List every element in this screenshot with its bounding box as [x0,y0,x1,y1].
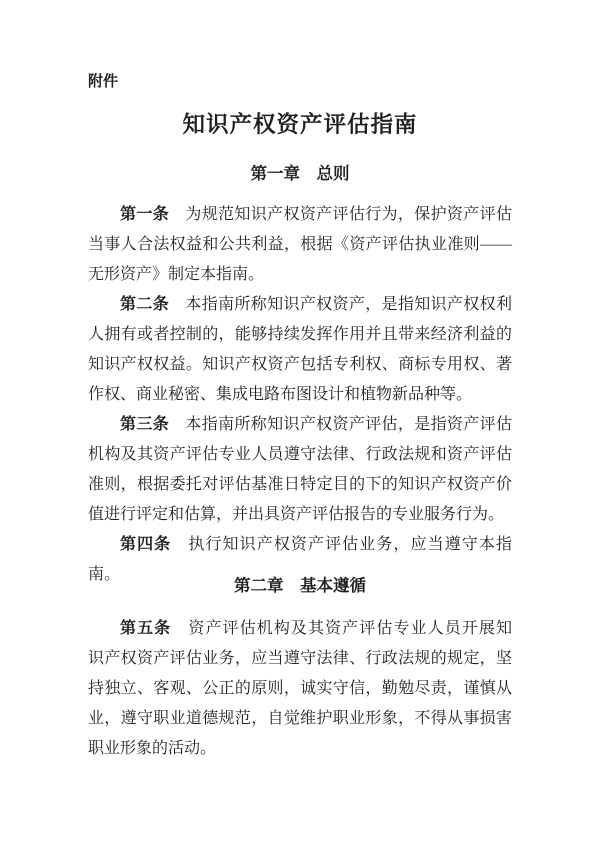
document-line: 职业形象的活动。 [88,734,512,764]
document-line: 当事人合法权益和公共利益，根据《资产评估执业准则—— [88,230,512,260]
document-line: 准则，根据委托对评估基准日特定目的下的知识产权资产价 [88,470,512,500]
document-line: 业，遵守职业道德规范，自觉维护职业形象，不得从事损害 [88,704,512,734]
document-line: 第三条 本指南所称知识产权资产评估，是指资产评估 [88,410,512,440]
document-line: 第二条 本指南所称知识产权资产，是指知识产权权利 [88,290,512,320]
article-paragraph: 第三条 本指南所称知识产权资产评估，是指资产评估机构及其资产评估专业人员遵守法律… [88,410,512,530]
attachment-label: 附件 [88,72,512,92]
document-line: 第五条 资产评估机构及其资产评估专业人员开展知 [88,614,512,644]
document-line: 值进行评定和估算，并出具资产评估报告的专业服务行为。 [88,500,512,530]
document-page: 附件 知识产权资产评估指南 第一章 总则第一条 为规范知识产权资产评估行为，保护… [0,0,595,841]
document-line: 第四条 执行知识产权资产评估业务，应当遵守本指南。 [88,530,512,560]
document-line: 人拥有或者控制的，能够持续发挥作用并且带来经济利益的 [88,320,512,350]
document-content: 附件 知识产权资产评估指南 第一章 总则第一条 为规范知识产权资产评估行为，保护… [88,72,512,764]
article-paragraph: 第一条 为规范知识产权资产评估行为，保护资产评估当事人合法权益和公共利益，根据《… [88,200,512,290]
article-paragraph: 第四条 执行知识产权资产评估业务，应当遵守本指南。 [88,530,512,560]
article-paragraph: 第五条 资产评估机构及其资产评估专业人员开展知识产权资产评估业务，应当遵守法律、… [88,614,512,764]
chapter-heading: 第二章 基本遵循 [88,574,512,598]
article-number: 第一条 [120,206,169,223]
article-number: 第三条 [120,416,169,433]
chapter-heading: 第一章 总则 [88,162,512,186]
document-line: 识产权资产评估业务，应当遵守法律、行政法规的规定，坚 [88,644,512,674]
article-number: 第五条 [120,620,171,637]
document-line: 机构及其资产评估专业人员遵守法律、行政法规和资产评估 [88,440,512,470]
document-line: 知识产权权益。知识产权资产包括专利权、商标专用权、著 [88,350,512,380]
document-line: 持独立、客观、公正的原则，诚实守信，勤勉尽责，谨慎从 [88,674,512,704]
article-paragraph: 第二条 本指南所称知识产权资产，是指知识产权权利人拥有或者控制的，能够持续发挥作… [88,290,512,410]
document-line: 作权、商业秘密、集成电路布图设计和植物新品种等。 [88,380,512,410]
document-line: 无形资产》制定本指南。 [88,260,512,290]
article-number: 第二条 [120,296,169,313]
document-line: 第一条 为规范知识产权资产评估行为，保护资产评估 [88,200,512,230]
document-title: 知识产权资产评估指南 [88,108,512,142]
document-body: 第一章 总则第一条 为规范知识产权资产评估行为，保护资产评估当事人合法权益和公共… [88,162,512,764]
article-number: 第四条 [120,536,171,553]
